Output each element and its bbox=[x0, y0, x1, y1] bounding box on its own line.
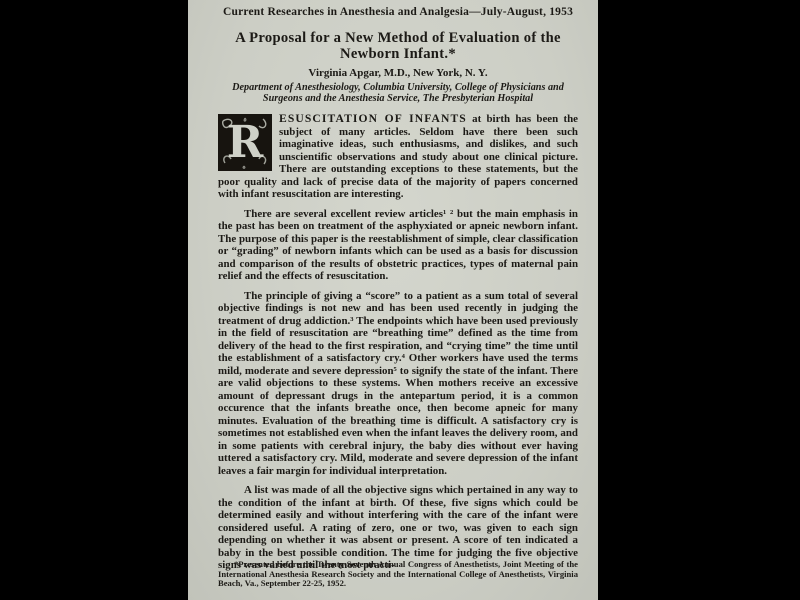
author-line: Virginia Apgar, M.D., New York, N. Y. bbox=[218, 67, 578, 79]
body-paragraph: There are several excellent review artic… bbox=[218, 208, 578, 283]
article-title: A Proposal for a New Method of Evaluatio… bbox=[218, 30, 578, 62]
drop-cap-letter: R bbox=[227, 117, 264, 168]
affiliation: Department of Anesthesiology, Columbia U… bbox=[218, 82, 578, 104]
opening-caps: ESUSCITATION OF INFANTS bbox=[279, 112, 467, 125]
paragraph-text: at birth has been the subject of many ar… bbox=[218, 113, 578, 200]
page-content: Current Researches in Anesthesia and Ana… bbox=[188, 0, 598, 572]
body-paragraph: The principle of giving a “score” to a p… bbox=[218, 290, 578, 478]
affiliation-line2: Surgeons and the Anesthesia Service, The… bbox=[218, 93, 578, 104]
letterbox-right bbox=[598, 0, 800, 600]
journal-header: Current Researches in Anesthesia and Ana… bbox=[218, 6, 578, 19]
footnote: *Presented before the Twenty-Seventh Ann… bbox=[218, 560, 578, 589]
article-title-line1: A Proposal for a New Method of Evaluatio… bbox=[218, 30, 578, 46]
ornate-dropcap-icon: R bbox=[218, 114, 272, 171]
article-title-line2: Newborn Infant.* bbox=[218, 46, 578, 62]
scanned-paper-page: Current Researches in Anesthesia and Ana… bbox=[188, 0, 598, 600]
letterbox-left bbox=[0, 0, 188, 600]
article-body: R ESUSCITATION OF INFANTS at birth has b… bbox=[218, 113, 578, 572]
body-paragraph: R ESUSCITATION OF INFANTS at birth has b… bbox=[218, 113, 578, 201]
affiliation-line1: Department of Anesthesiology, Columbia U… bbox=[218, 82, 578, 93]
